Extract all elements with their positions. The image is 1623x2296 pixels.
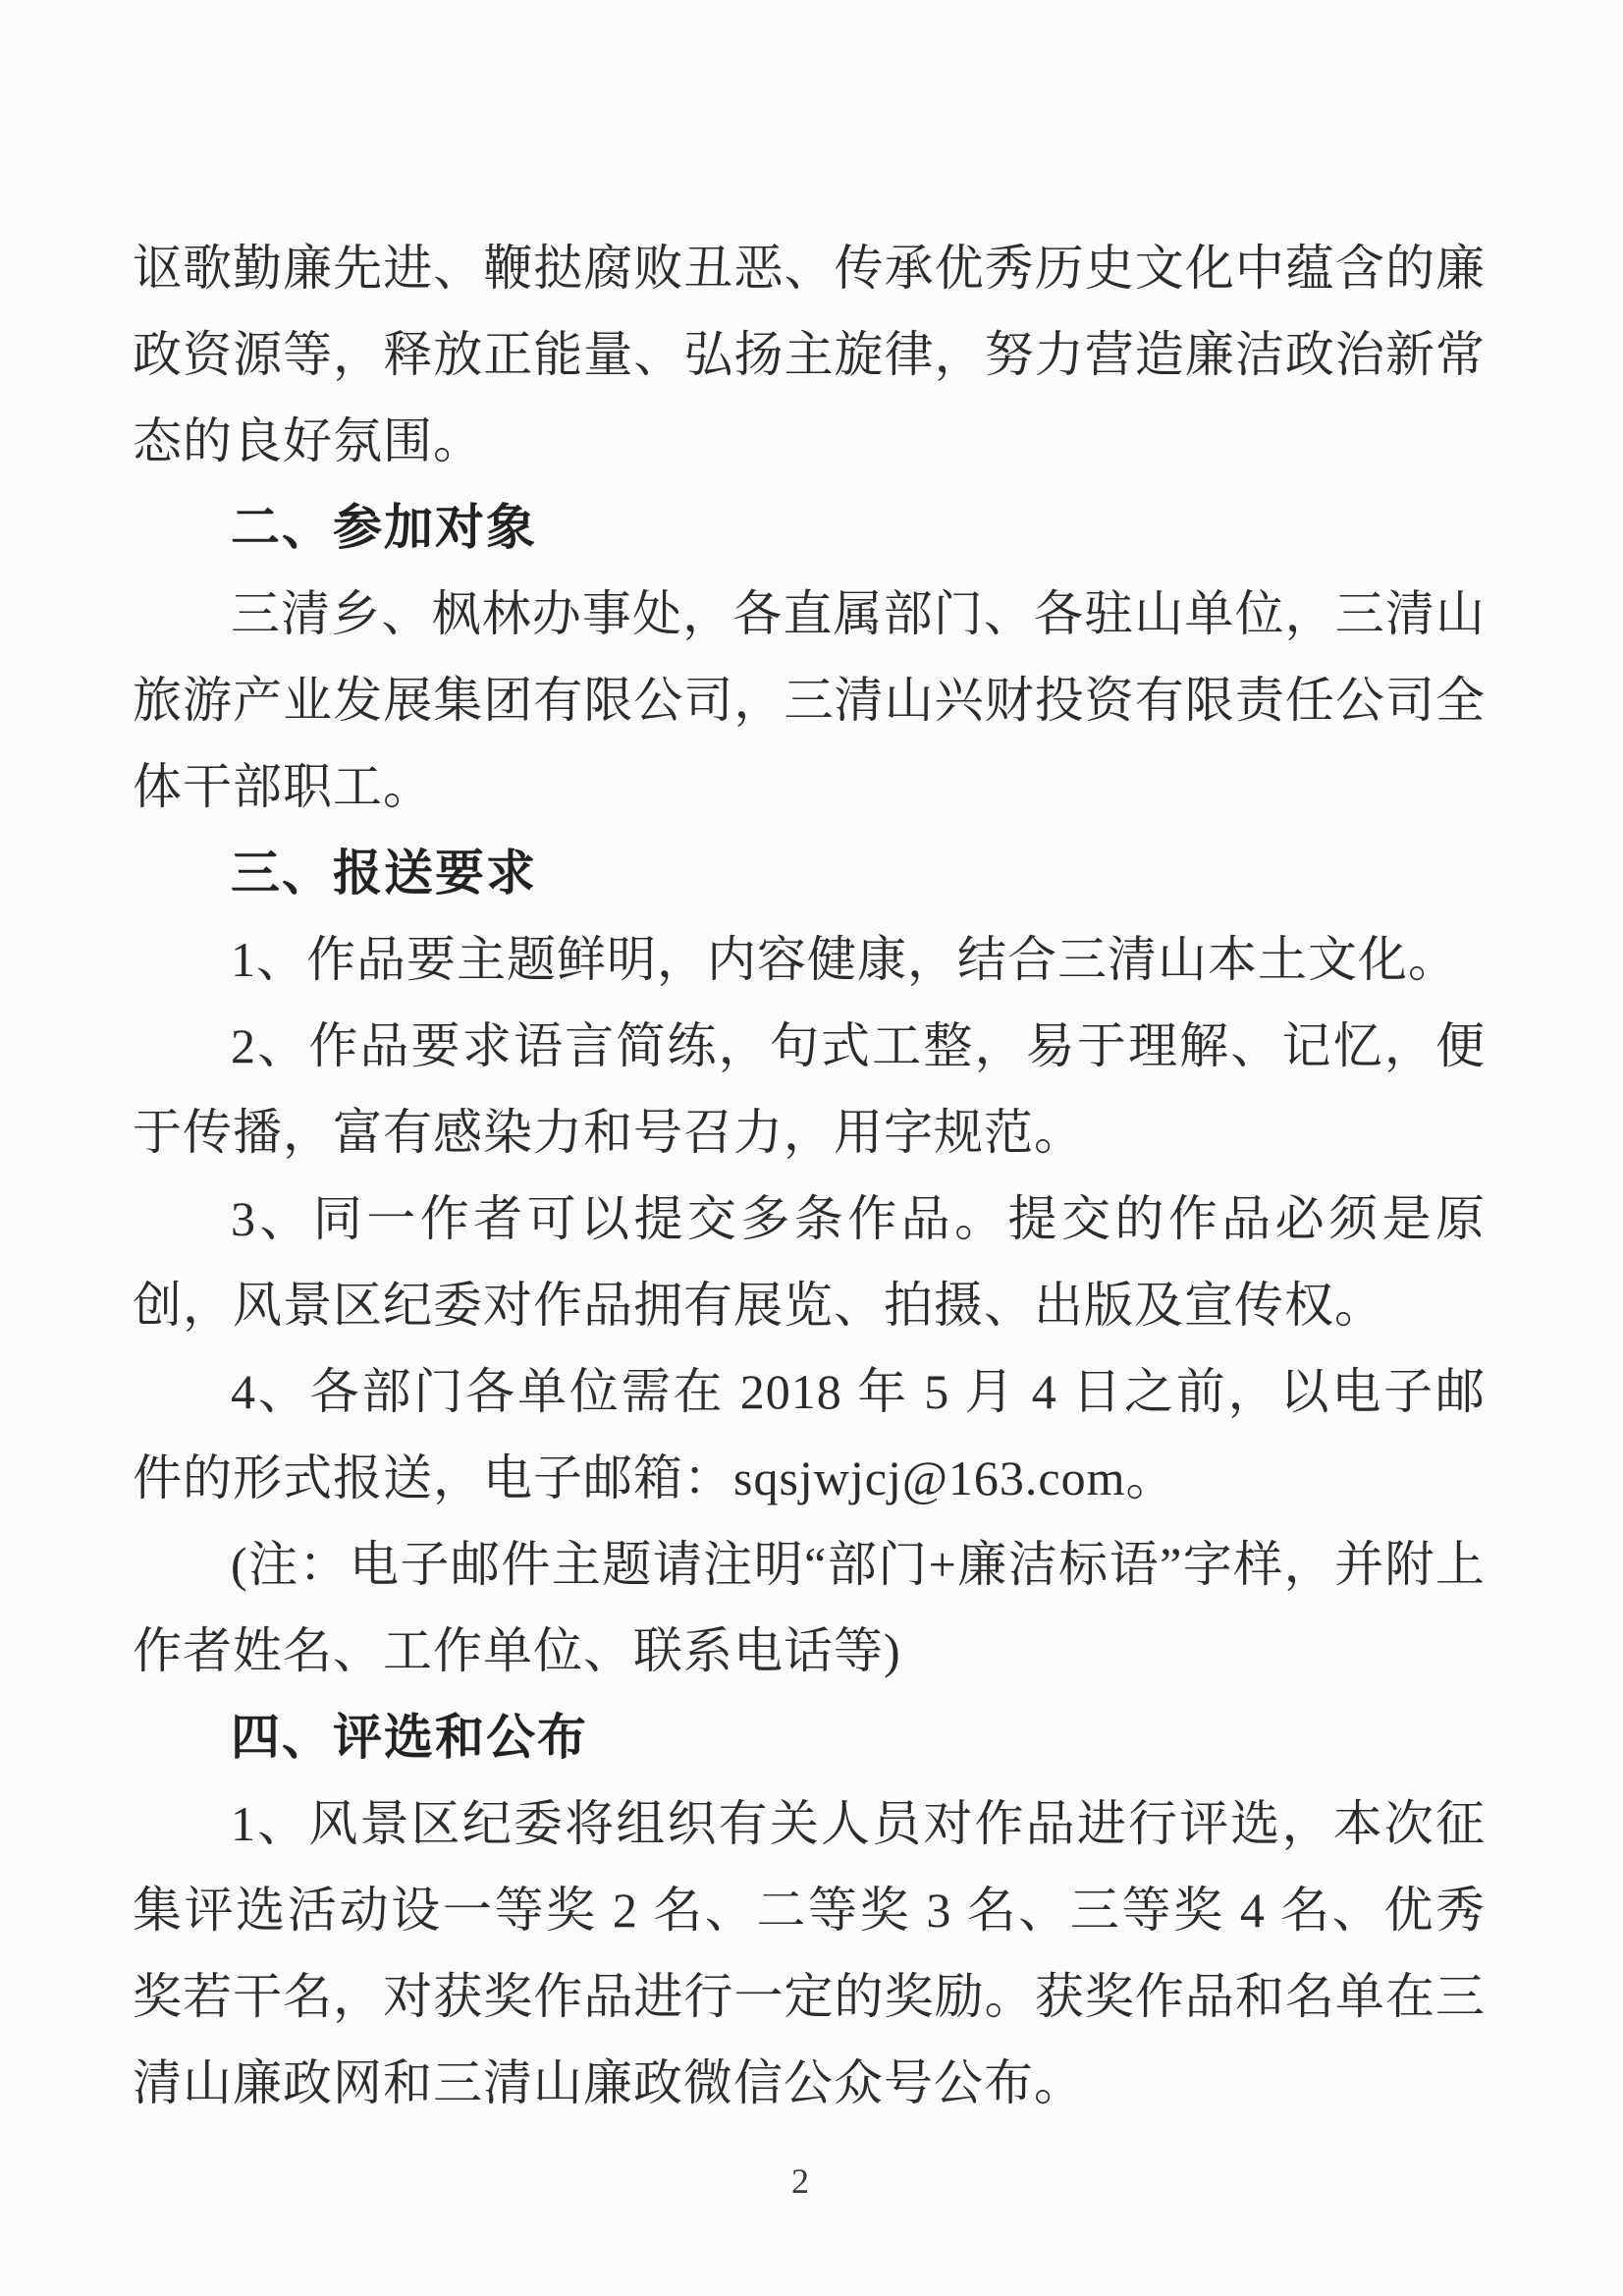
paragraph-requirement-3: 3、同一作者可以提交多条作品。提交的作品必须是原创，风景区纪委对作品拥有展览、拍…: [133, 1175, 1486, 1348]
paragraph-participants: 三清乡、枫林办事处，各直属部门、各驻山单位，三清山旅游产业发展集团有限公司，三清…: [133, 571, 1486, 830]
document-body: 讴歌勤廉先进、鞭挞腐败丑恶、传承优秀历史文化中蕴含的廉政资源等，释放正能量、弘扬…: [133, 225, 1486, 2203]
page-number: 2: [124, 2159, 1477, 2203]
section-heading-selection-announcement: 四、评选和公布: [133, 1694, 1486, 1780]
paragraph-requirement-2: 2、作品要求语言简练，句式工整，易于理解、记忆，便于传播，富有感染力和号召力，用…: [133, 1003, 1486, 1175]
paragraph-selection-awards: 1、风景区纪委将组织有关人员对作品进行评选，本次征集评选活动设一等奖 2 名、二…: [133, 1780, 1486, 2126]
paragraph-requirement-1: 1、作品要主题鲜明，内容健康，结合三清山本土文化。: [133, 916, 1486, 1003]
document-page: 讴歌勤廉先进、鞭挞腐败丑恶、传承优秀历史文化中蕴含的廉政资源等，释放正能量、弘扬…: [0, 0, 1623, 2296]
section-heading-submission-requirements: 三、报送要求: [133, 830, 1486, 916]
paragraph-requirement-4-email: 4、各部门各单位需在 2018 年 5 月 4 日之前，以电子邮件的形式报送，电…: [133, 1348, 1486, 1521]
paragraph-email-note: (注：电子邮件主题请注明“部门+廉洁标语”字样，并附上作者姓名、工作单位、联系电…: [133, 1521, 1486, 1694]
paragraph-continuation-aims: 讴歌勤廉先进、鞭挞腐败丑恶、传承优秀历史文化中蕴含的廉政资源等，释放正能量、弘扬…: [133, 225, 1486, 484]
section-heading-participants: 二、参加对象: [133, 484, 1486, 571]
